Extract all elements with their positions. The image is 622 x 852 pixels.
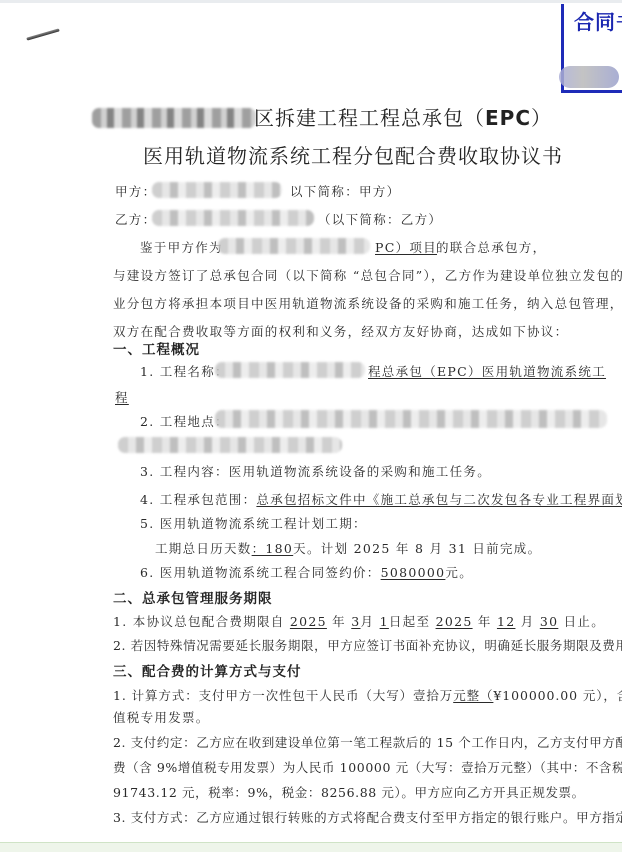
preamble-line2: 与建设方签订了总承包合同（以下简称 “总包合同”），乙方作为建设单位独立发包的专 [113, 266, 622, 284]
section3-item2-line2: 费（含 9%增值税专用发票）为人民币 100000 元（大写：壹拾万元整）（其中… [113, 758, 622, 776]
start-month: 3 [351, 614, 360, 629]
section1-item4: 4. 工程承包范围：总承包招标文件中《施工总承包与二次发包各专业工程界面划分方式… [140, 490, 622, 508]
redacted-party-b [152, 210, 314, 226]
preamble-project-tail: PC）项目 [375, 240, 437, 255]
preamble-underlined: PC）项目 [375, 238, 437, 256]
section1-item1-wrap: 程 [115, 388, 129, 406]
preamble-prefix: 鉴于甲方作为 [140, 238, 223, 256]
section3-item1: 1. 计算方式：支付甲方一次性包干人民币（大写）壹拾万元整（¥100000.00… [113, 686, 622, 704]
pen-mark-icon [26, 28, 60, 40]
section1-item5: 5. 医用轨道物流系统工程计划工期： [140, 514, 367, 532]
end-year: 2025 [436, 614, 473, 629]
scope-label: 4. 工程承包范围： [140, 492, 256, 507]
party-b-label: 乙方： [115, 210, 156, 228]
redacted-stamp-field [559, 66, 619, 88]
party-a-suffix: 以下简称：甲方） [290, 182, 400, 200]
section1-item1-tail: 程总承包（EPC）医用轨道物流系统工 [368, 362, 606, 380]
bottom-edge [0, 842, 622, 852]
section3-heading: 三、配合费的计算方式与支付 [113, 660, 302, 680]
redacted-project-location [215, 410, 607, 428]
title-text: 区拆建工程工程总承包（ [254, 106, 485, 130]
duration-suffix: 天。计划 2025 年 8 月 31 日前完成。 [293, 541, 541, 556]
top-edge [0, 0, 622, 3]
section2-item2: 2. 若因特殊情况需要延长服务期限，甲方应签订书面补充协议，明确延长服务期限及费… [113, 636, 622, 654]
title-epc: EPC [485, 106, 531, 130]
section3-item1-wrap: 值税专用发票。 [113, 708, 210, 726]
section1-item5-duration: 工期总日历天数：180天。计划 2025 年 8 月 31 日前完成。 [155, 539, 541, 557]
redacted-party-a [152, 182, 282, 198]
contract-price-unit: 元。 [445, 565, 473, 580]
party-b-suffix: （以下简称：乙方） [318, 210, 442, 228]
redacted-project-title [215, 362, 365, 378]
preamble-suffix: 的联合总承包方， [436, 238, 546, 256]
contract-price-value: 5080000 [381, 565, 446, 580]
title-close: ） [531, 106, 552, 130]
calc-amount: ¥100000.00 元），含 9%增 [493, 688, 622, 703]
party-a-label: 甲方： [115, 182, 156, 200]
project-name-tail: 程总承包（EPC）医用轨道物流系统工 [368, 364, 606, 379]
section2-item1: 1. 本协议总包配合费期限自 2025 年 3月 1日起至 2025 年 12 … [113, 612, 605, 630]
document-title-line1: 区拆建工程工程总承包（EPC） [254, 102, 552, 131]
start-day: 1 [380, 614, 389, 629]
end-month: 12 [497, 614, 516, 629]
end-day: 30 [540, 614, 559, 629]
preamble-line3: 业分包方将承担本项目中医用轨道物流系统设备的采购和施工任务，纳入总包管理，为明确 [113, 294, 622, 312]
start-year: 2025 [290, 614, 327, 629]
section1-item6: 6. 医用轨道物流系统工程合同签约价：5080000元。 [140, 563, 473, 581]
section3-item2-line3: 91743.12 元，税率：9%，税金：8256.88 元）。甲方应向乙方开具正… [113, 783, 585, 801]
stamp-text: 合同书 [574, 6, 622, 35]
section1-heading: 一、工程概况 [113, 338, 200, 358]
scope-value: 总承包招标文件中《施工总承包与二次发包各专业工程界面划分方式》 [256, 492, 622, 507]
term-prefix: 1. 本协议总包配合费期限自 [113, 614, 285, 629]
duration-label: 工期总日历天数 [155, 541, 252, 556]
section2-heading: 二、总承包管理服务期限 [113, 587, 273, 607]
calc-underlined: 元整（ [453, 688, 493, 703]
duration-days: ：180 [252, 541, 294, 556]
redacted-project-name [92, 108, 256, 128]
project-name-wrap: 程 [115, 390, 129, 405]
section1-item3: 3. 工程内容：医用轨道物流系统设备的采购和施工任务。 [140, 462, 491, 480]
redacted-project-ref [218, 238, 370, 254]
section3-item3: 3. 支付方式：乙方应通过银行转账的方式将配合费支付至甲方指定的银行账户。甲方指… [113, 808, 622, 826]
calc-prefix: 1. 计算方式：支付甲方一次性包干人民币（大写）壹拾万 [113, 688, 453, 703]
document-title-line2: 医用轨道物流系统工程分包配合费收取协议书 [143, 140, 563, 169]
contract-price-label: 6. 医用轨道物流系统工程合同签约价： [140, 565, 381, 580]
section3-item2-line1: 2. 支付约定：乙方应在收到建设单位第一笔工程款后的 15 个工作日内，乙方支付… [113, 733, 622, 751]
redacted-project-location-cont [118, 437, 342, 453]
